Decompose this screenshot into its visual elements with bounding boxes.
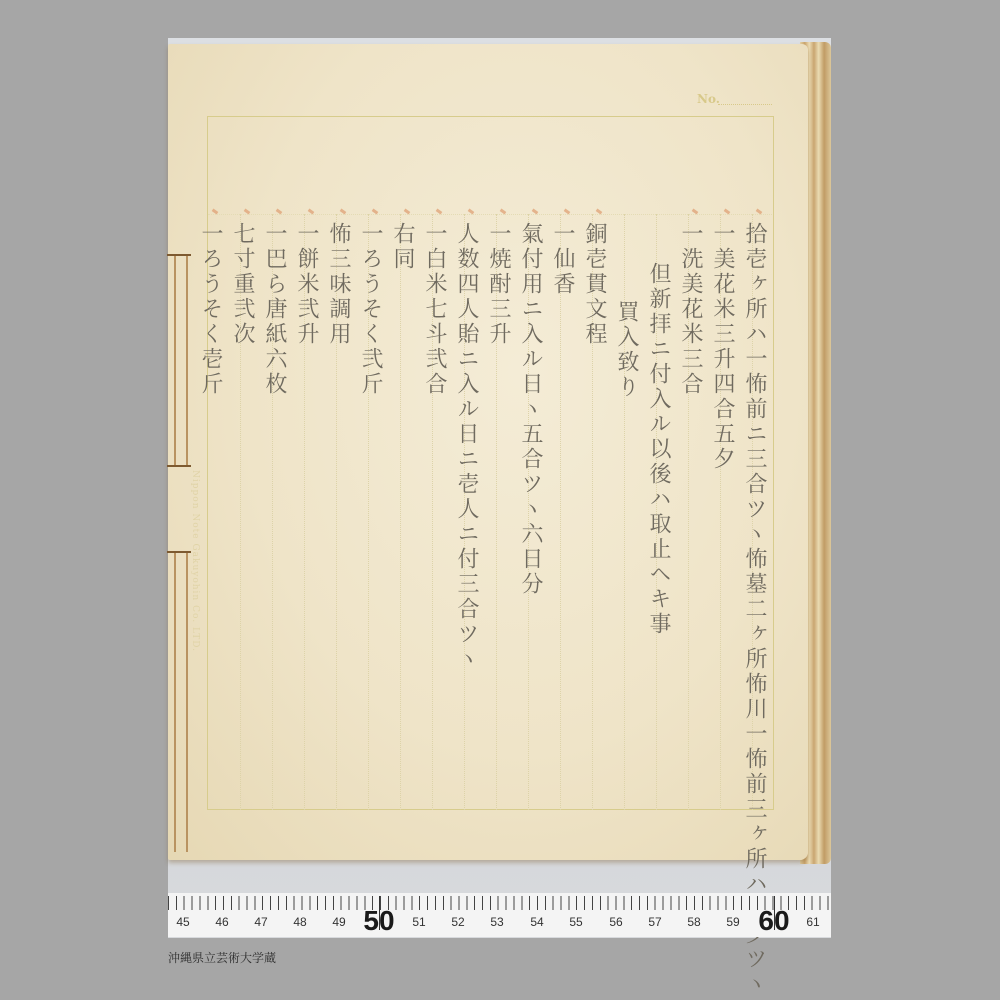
ruler-label: 56 bbox=[609, 915, 622, 929]
ruler-major-tick bbox=[774, 896, 775, 930]
binding-thread-lower bbox=[174, 552, 188, 852]
ruler-ticks bbox=[168, 896, 831, 910]
ruler-label: 61 bbox=[806, 915, 819, 929]
ruler-label: 47 bbox=[254, 915, 267, 929]
text-column: 但新拝ニ付入ル以後ハ取止ヘキ事 bbox=[647, 262, 669, 637]
ruler-label: 55 bbox=[569, 915, 582, 929]
stitch-mark bbox=[167, 465, 191, 467]
text-column: 一焼酎三升 bbox=[487, 222, 509, 347]
text-column: 一ろうそく壱斤 bbox=[199, 222, 221, 397]
text-column: 右同 bbox=[391, 222, 413, 272]
ruler-label: 48 bbox=[293, 915, 306, 929]
text-column: 怖三味調用 bbox=[327, 222, 349, 347]
text-column: 一巴ら唐紙六枚 bbox=[263, 222, 285, 397]
ruler-label: 59 bbox=[726, 915, 739, 929]
page-number-field bbox=[718, 104, 772, 105]
text-column: 一餅米弐升 bbox=[295, 222, 317, 347]
ruler-label: 53 bbox=[490, 915, 503, 929]
ruler-label: 58 bbox=[687, 915, 700, 929]
text-column: 七寸重弐次 bbox=[231, 222, 253, 347]
text-column: 一白米七斗弐合 bbox=[423, 222, 445, 397]
text-column: 氣付用ニ入ル日ヽ五合ツヽ六日分 bbox=[519, 222, 541, 597]
text-column: 買入致り bbox=[615, 300, 637, 400]
ruler-label: 49 bbox=[332, 915, 345, 929]
binding-thread-upper bbox=[174, 255, 188, 465]
stitch-mark bbox=[167, 551, 191, 553]
ruled-line bbox=[560, 214, 561, 810]
text-column: 一洗美花米三合 bbox=[679, 222, 701, 397]
page-number-label: No. bbox=[697, 92, 720, 106]
ruler-label: 57 bbox=[648, 915, 661, 929]
text-column: 銅壱貫文程 bbox=[583, 222, 605, 347]
collection-credit: 沖縄県立芸術大学蔵 bbox=[168, 949, 276, 966]
ruler-label: 46 bbox=[215, 915, 228, 929]
ruler-label: 45 bbox=[176, 915, 189, 929]
measuring-ruler: 4546474849505152535455565758596061 bbox=[168, 893, 831, 937]
stitch-mark bbox=[167, 254, 191, 256]
text-column: 一ろうそく弐斤 bbox=[359, 222, 381, 397]
ruler-major-tick bbox=[379, 896, 380, 930]
ruler-label: 54 bbox=[530, 915, 543, 929]
publisher-imprint: Nippon Note Gakuyohin Co. LTD. bbox=[190, 470, 200, 652]
text-column: 拾壱ヶ所ハ一怖前ニ三合ツヽ怖墓二ヶ所怖川一怖前三ヶ所ハ五夕ツヽ bbox=[743, 222, 765, 997]
ruled-line bbox=[400, 214, 401, 810]
ruler-label: 52 bbox=[451, 915, 464, 929]
ruler-label: 51 bbox=[412, 915, 425, 929]
text-column: 一美花米三升四合五夕 bbox=[711, 222, 733, 472]
text-column: 一仙香 bbox=[551, 222, 573, 297]
text-column: 人数四人貽ニ入ル日ニ壱人ニ付三合ツヽ bbox=[455, 222, 477, 672]
